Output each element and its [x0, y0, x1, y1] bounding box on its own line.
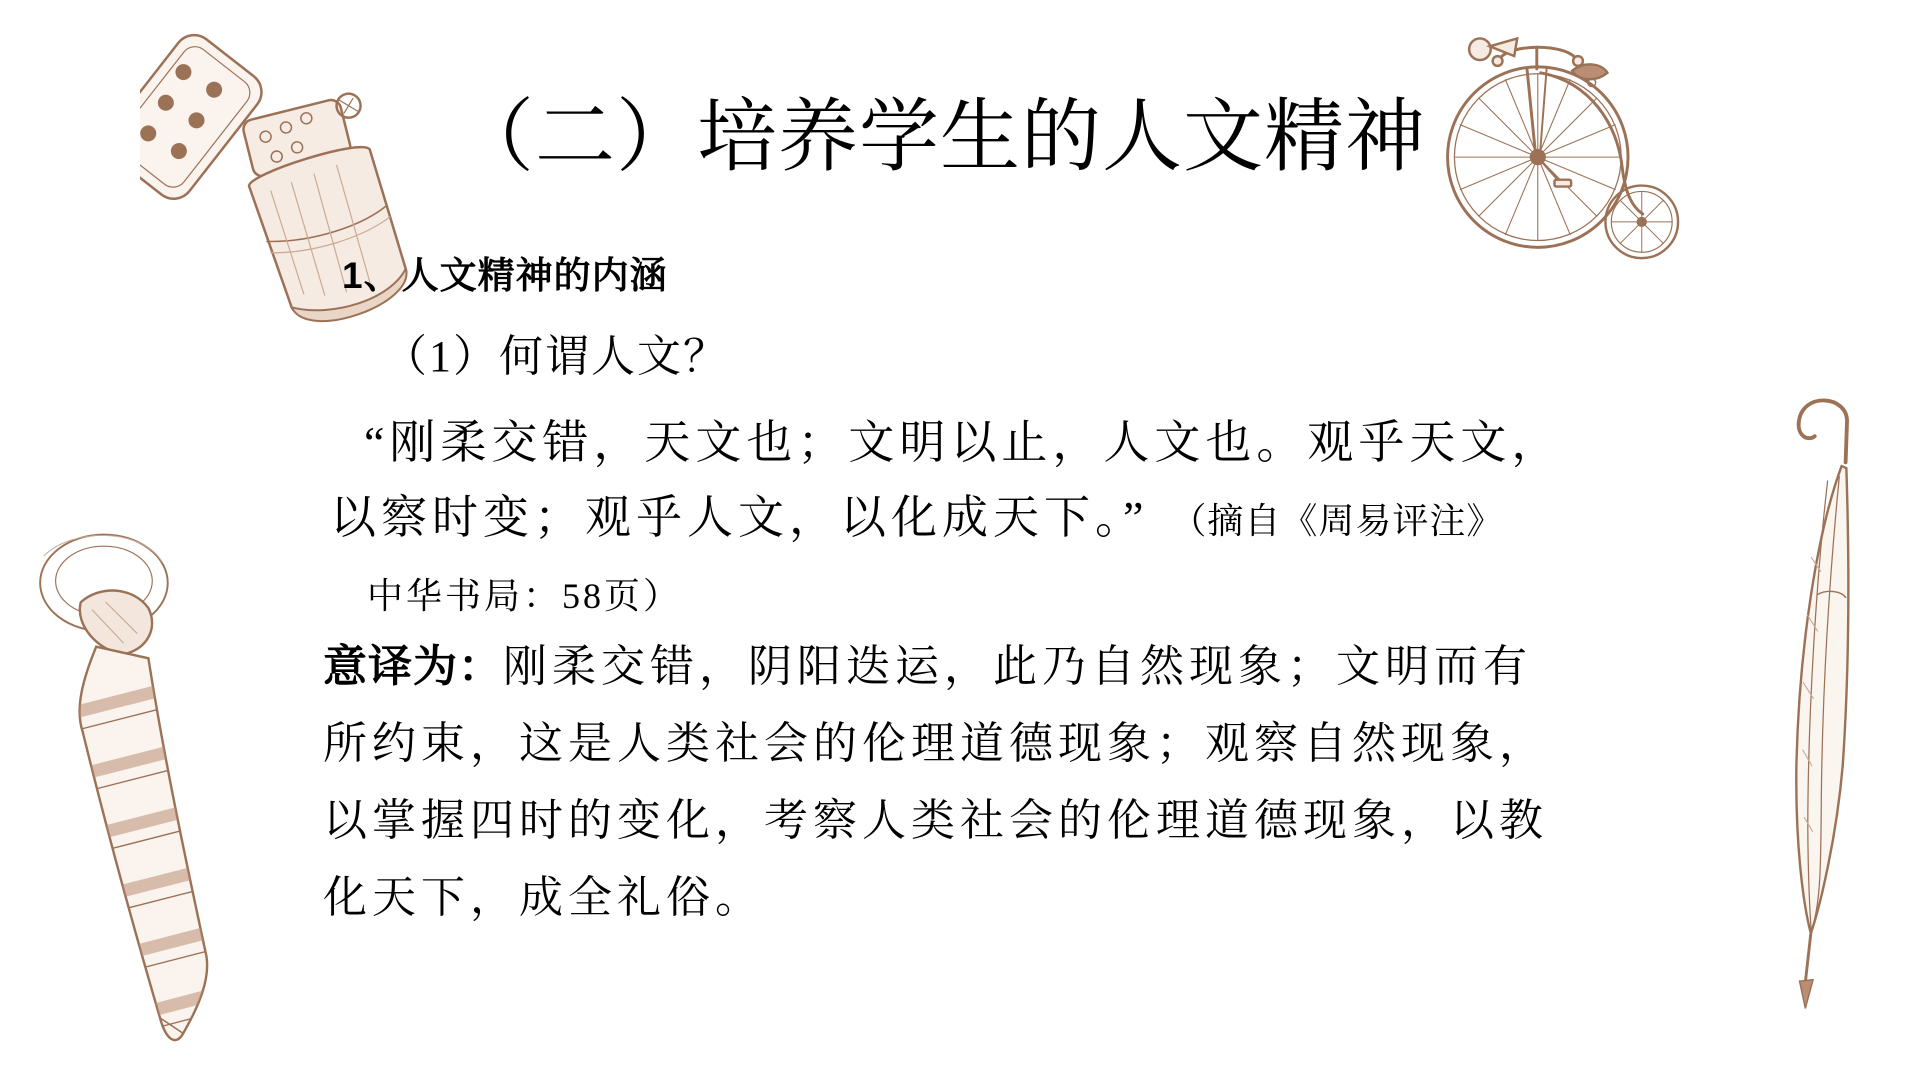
question-heading: （1）何谓人文？ [383, 330, 729, 384]
slide-title: （二）培养学生的人文精神 [0, 92, 1880, 184]
horn-bulb [1469, 38, 1491, 60]
tie-blade [80, 647, 208, 1040]
quote-block: “刚柔交错，天文也；文明以止，人文也。观乎天文， 以察时变；观乎人文，以化成天下… [330, 405, 1660, 634]
umbrella-canopy [1790, 465, 1854, 935]
quote-line-1: “刚柔交错，天文也；文明以止，人文也。观乎天文， [330, 405, 1660, 480]
necktie-illustration [15, 515, 305, 1080]
presentation-slide: （二）培养学生的人文精神 1、人文精神的内涵 （1）何谓人文？ “刚柔交错，天文… [0, 0, 1920, 1080]
quote-line-2: 以察时变；观乎人文，以化成天下。”（摘自《周易评注》 [330, 480, 1660, 559]
translation-line-4: 化天下，成全礼俗。 [323, 859, 1653, 936]
translation-line-2: 所约束，这是人类社会的伦理道德现象；观察自然现象， [323, 705, 1653, 782]
umbrella-illustration [1715, 365, 1910, 1020]
umbrella-tip [1799, 979, 1813, 1008]
rear-wheel-spokes [1611, 191, 1672, 252]
section-heading: 1、人文精神的内涵 [342, 252, 668, 300]
umbrella-handle [1797, 400, 1847, 463]
quote-line-2-text: 以察时变；观乎人文，以化成天下。” [330, 492, 1148, 543]
tie-stripes [44, 676, 290, 1038]
citation-inline: （摘自《周易评注》 [1188, 501, 1503, 541]
translation-line-3: 以掌握四时的变化，考察人类社会的伦理道德现象，以教 [323, 782, 1653, 859]
saddle [1572, 64, 1607, 79]
citation-line-2: 中华书局：58页） [367, 559, 1660, 634]
translation-block: 意译为：刚柔交错，阴阳迭运，此乃自然现象；文明而有 所约束，这是人类社会的伦理道… [323, 628, 1653, 936]
translation-label: 意译为： [323, 642, 503, 691]
translation-line-1: 意译为：刚柔交错，阴阳迭运，此乃自然现象；文明而有 [323, 628, 1653, 705]
tie-knot [80, 590, 152, 654]
translation-line-1-text: 刚柔交错，阴阳迭运，此乃自然现象；文明而有 [503, 642, 1532, 691]
